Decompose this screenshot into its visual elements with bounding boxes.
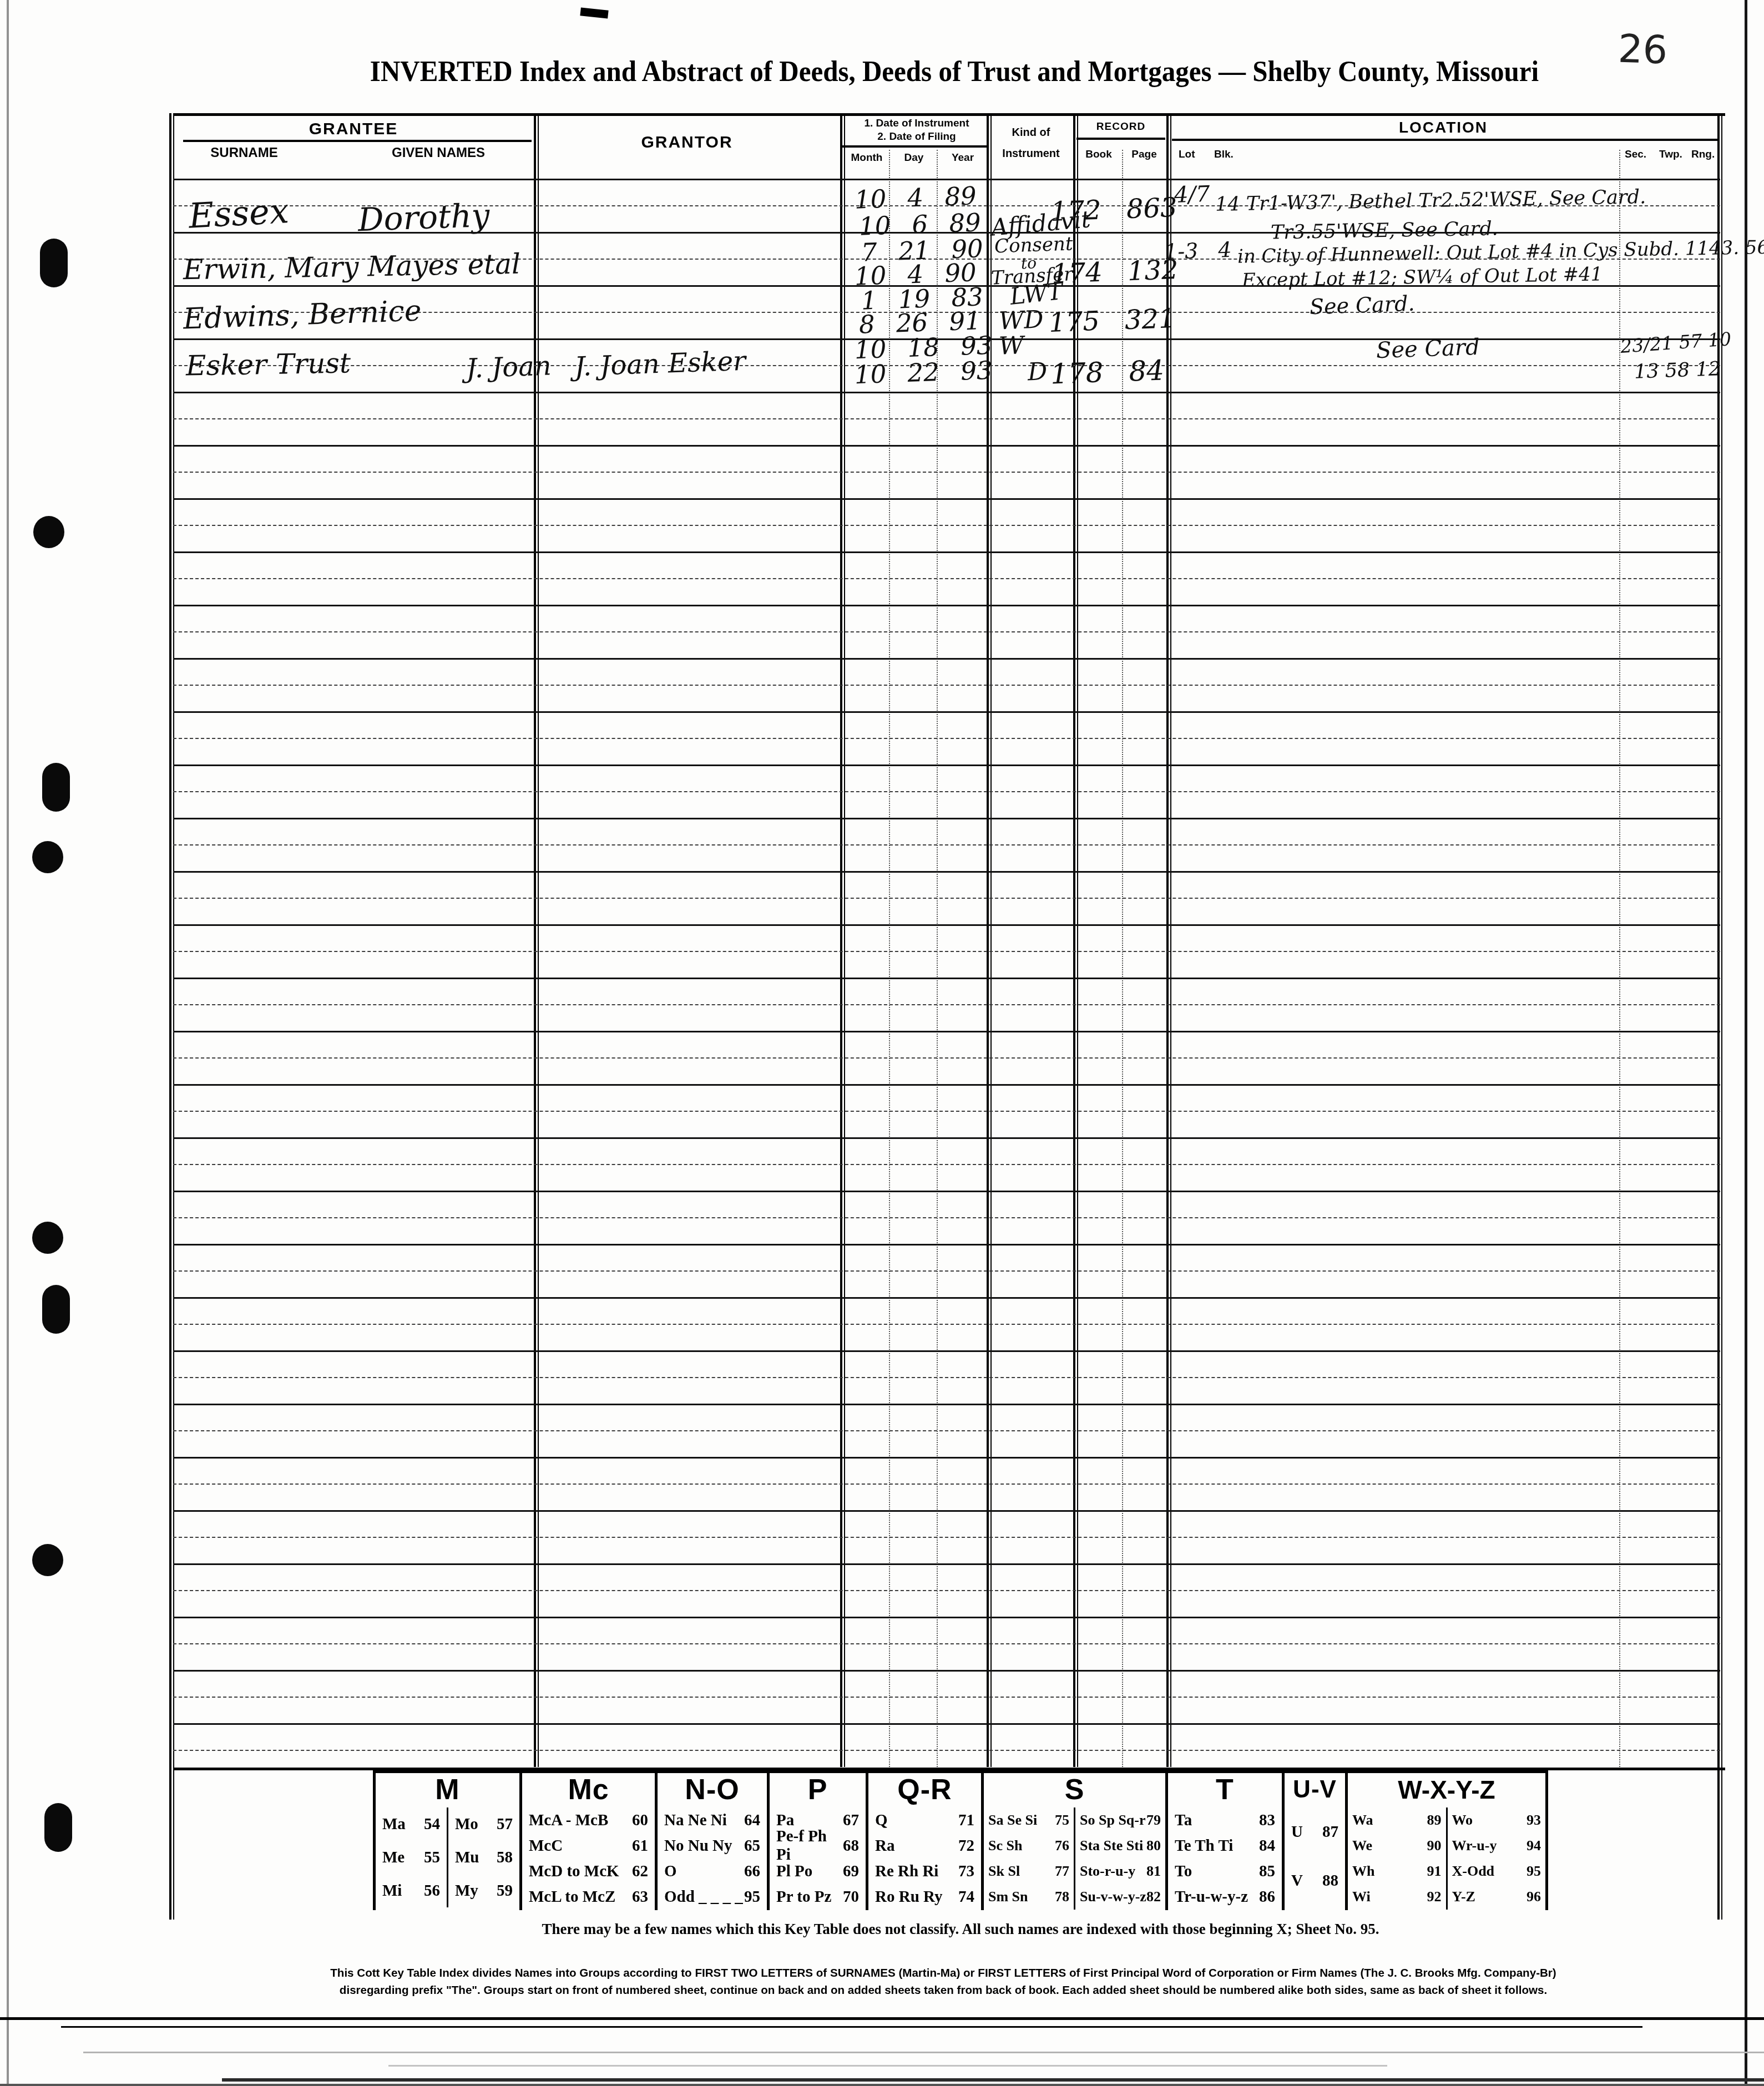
key-row-label: Ra <box>875 1837 894 1855</box>
grid-line <box>173 1377 1720 1378</box>
grid-left-border <box>169 113 174 1920</box>
key-row-page: 93 <box>1527 1812 1541 1829</box>
entry-given-names: Dorothy <box>357 196 491 239</box>
key-row-label: McL to McZ <box>529 1888 615 1906</box>
key-row: Mi56 <box>376 1874 447 1907</box>
key-subcolumn: Wa89We90Wh91Wi92 <box>1348 1807 1446 1910</box>
key-row-label: O <box>664 1862 677 1881</box>
grid-line <box>173 871 1720 873</box>
key-row-label: Wo <box>1452 1812 1473 1829</box>
key-row: Na Ne Ni64 <box>658 1807 767 1833</box>
grid-line <box>173 1244 1720 1245</box>
grid-line <box>173 1484 1720 1485</box>
grid-line <box>173 685 1720 686</box>
footer-line1: This Cott Key Table Index divides Names … <box>236 1967 1650 1980</box>
key-row-page: 68 <box>843 1837 859 1855</box>
header-rng: Rng. <box>1691 149 1715 161</box>
key-row-label: Na Ne Ni <box>664 1811 727 1830</box>
key-header: N-O <box>658 1773 767 1807</box>
key-column-u-v: U-V U87V88 <box>1282 1773 1345 1910</box>
key-header: Q-R <box>868 1773 981 1807</box>
key-row: Me55 <box>376 1841 447 1874</box>
bottom-rule-1 <box>0 2017 1764 2020</box>
key-row-page: 79 <box>1146 1812 1161 1829</box>
grid-line <box>173 1350 1720 1352</box>
key-row-label: My <box>455 1882 478 1900</box>
key-row: Sa Se Si75 <box>984 1807 1074 1833</box>
key-row: U87 <box>1285 1807 1345 1856</box>
key-row-label: Pr to Pz <box>776 1888 831 1906</box>
grid-line <box>173 498 1720 500</box>
key-row-page: 77 <box>1055 1863 1069 1880</box>
key-row-label: Me <box>382 1849 405 1867</box>
grid-line <box>173 951 1720 952</box>
key-header: S <box>984 1773 1165 1807</box>
entry-location-line2: Except Lot #12; SW¼ of Out Lot #41 <box>1242 263 1603 291</box>
key-row-label: To <box>1175 1862 1192 1881</box>
key-row-label: Sk Sl <box>988 1863 1020 1880</box>
key-subcolumn: Sa Se Si75Sc Sh76Sk Sl77Sm Sn78 <box>984 1807 1074 1910</box>
bottom-edge-band <box>222 2078 1764 2082</box>
key-row-page: 60 <box>632 1811 648 1830</box>
key-subcolumn: Wo93Wr-u-y94X-Odd95Y-Z96 <box>1446 1807 1546 1910</box>
entry-kind-line1: W <box>998 331 1024 361</box>
entry-surname: Erwin, Mary Mayes etal <box>183 248 521 286</box>
key-row-page: 82 <box>1146 1888 1161 1905</box>
key-row-page: 83 <box>1259 1811 1275 1830</box>
key-row-page: 89 <box>1427 1812 1442 1829</box>
scan-smudge-1 <box>83 2052 1764 2053</box>
left-page-edge <box>7 0 9 2086</box>
key-row: Mo57 <box>448 1807 519 1841</box>
grid-line <box>173 1617 1720 1618</box>
header-date-filing: 2. Date of Filing <box>843 131 990 143</box>
date-underline <box>842 145 988 148</box>
grid-line <box>173 551 1720 553</box>
grid-line <box>173 1217 1720 1218</box>
key-row: Mu58 <box>448 1841 519 1874</box>
key-row-page: 75 <box>1055 1812 1069 1829</box>
key-header: M <box>376 1773 519 1807</box>
key-row-page: 88 <box>1322 1872 1338 1890</box>
key-table-note: There may be a few names which this Key … <box>373 1921 1548 1938</box>
grid-line <box>173 1590 1720 1591</box>
right-page-edge <box>1745 0 1747 2086</box>
page-title: INVERTED Index and Abstract of Deeds, De… <box>327 54 1581 89</box>
grid-line <box>173 738 1720 739</box>
key-row-page: 71 <box>958 1811 974 1830</box>
key-row: Wi92 <box>1348 1884 1446 1910</box>
grid-line <box>173 711 1720 713</box>
key-row-label: Sc Sh <box>988 1837 1022 1854</box>
grid-line <box>173 1270 1720 1272</box>
key-row: McA - McB60 <box>522 1807 655 1833</box>
header-record: RECORD <box>1075 121 1166 133</box>
entry-record: 175 321 <box>1048 303 1176 338</box>
key-row: McC61 <box>522 1833 655 1859</box>
grid-line <box>173 525 1720 526</box>
key-row: Te Th Ti84 <box>1168 1833 1282 1859</box>
key-row-page: 78 <box>1055 1888 1069 1905</box>
key-row-page: 58 <box>497 1849 513 1867</box>
key-row-label: Odd _ _ _ _ <box>664 1888 743 1906</box>
header-kind-line1: Kind of <box>989 126 1073 139</box>
page-number: 26 <box>1618 26 1669 73</box>
entry-surname: Edwins, Bernice <box>183 295 422 336</box>
key-row-page: 74 <box>958 1888 974 1906</box>
entry-lot: 1-3 4 <box>1164 237 1232 264</box>
key-row-label: Wi <box>1352 1888 1371 1905</box>
bottom-edge-line <box>0 2084 1764 2086</box>
key-row-page: 59 <box>497 1882 513 1900</box>
key-row-label: No Nu Ny <box>664 1837 732 1855</box>
entry-location-line1: See Card <box>1376 335 1480 363</box>
entry-lot: 4/7 <box>1174 181 1210 208</box>
key-row: Odd _ _ _ _95 <box>658 1884 767 1910</box>
key-row-page: 92 <box>1427 1888 1442 1905</box>
key-row-label: Sta Ste Sti <box>1080 1837 1143 1854</box>
key-row-label: Wr-u-y <box>1452 1837 1497 1854</box>
key-row: Sto-r-u-y81 <box>1075 1859 1165 1884</box>
key-row-label: U <box>1291 1823 1303 1841</box>
header-date-instrument: 1. Date of Instrument <box>843 118 990 130</box>
key-subcolumn: So Sp Sq-r79Sta Ste Sti80Sto-r-u-y81Su-v… <box>1074 1807 1165 1910</box>
key-row-page: 66 <box>744 1862 760 1881</box>
key-row-label: Pl Po <box>776 1862 812 1881</box>
grid-line <box>173 631 1720 632</box>
key-row-label: Y-Z <box>1452 1888 1475 1905</box>
grid-line <box>173 578 1720 579</box>
key-row-page: 95 <box>1527 1863 1541 1880</box>
grid-line <box>173 1004 1720 1005</box>
header-surname: SURNAME <box>189 145 300 161</box>
grid-line <box>173 1404 1720 1405</box>
key-row-label: Ro Ru Ry <box>875 1888 942 1906</box>
grid-line <box>173 1563 1720 1565</box>
key-row-page: 91 <box>1427 1863 1442 1880</box>
key-row-label: Wa <box>1352 1812 1373 1829</box>
grid-line <box>173 1031 1720 1032</box>
key-row-label: Ma <box>382 1815 406 1834</box>
key-column-s: S Sa Se Si75Sc Sh76Sk Sl77Sm Sn78So Sp S… <box>981 1773 1165 1910</box>
grid-line <box>173 1191 1720 1192</box>
grid-line <box>173 418 1720 419</box>
key-header: Mc <box>522 1773 655 1807</box>
grid-line <box>173 898 1720 899</box>
key-row-page: 81 <box>1146 1863 1161 1880</box>
entry-record: 172 863 <box>1050 192 1177 227</box>
key-row-page: 69 <box>843 1862 859 1881</box>
grid-line <box>173 1670 1720 1672</box>
key-row: Sk Sl77 <box>984 1859 1074 1884</box>
key-row-page: 65 <box>744 1837 760 1855</box>
key-column-n-o: N-O Na Ne Ni64No Nu Ny65O66Odd _ _ _ _95 <box>655 1773 767 1910</box>
key-row-page: 94 <box>1527 1837 1541 1854</box>
key-row-page: 56 <box>424 1882 440 1900</box>
key-row-page: 86 <box>1259 1888 1275 1906</box>
grid-line <box>173 1750 1720 1751</box>
grid-line <box>173 1643 1720 1644</box>
grid-line <box>173 392 1720 393</box>
key-row: We90 <box>1348 1833 1446 1859</box>
key-row: Ma54 <box>376 1807 447 1841</box>
header-book: Book <box>1075 149 1122 161</box>
punch-hole <box>32 1222 63 1254</box>
key-column-t: T Ta83Te Th Ti84To85Tr-u-w-y-z86 <box>1165 1773 1282 1910</box>
grid-line <box>173 764 1720 766</box>
footer-line2: disregarding prefix "The". Groups start … <box>236 1984 1650 1997</box>
entry-record: 178 84 <box>1050 354 1165 390</box>
key-row-label: V <box>1291 1872 1303 1890</box>
header-year: Year <box>938 152 988 164</box>
key-row: Wh91 <box>1348 1859 1446 1884</box>
grid-line <box>173 472 1720 473</box>
grid-line <box>173 1723 1720 1725</box>
grid-line <box>173 605 1720 606</box>
key-row-label: Sa Se Si <box>988 1812 1037 1829</box>
key-row-label: We <box>1352 1837 1372 1854</box>
key-row-page: 90 <box>1427 1837 1442 1854</box>
entry-given-names: J. Joan <box>466 350 552 384</box>
key-row: Sc Sh76 <box>984 1833 1074 1859</box>
key-row-page: 67 <box>843 1811 859 1830</box>
key-row: To85 <box>1168 1859 1282 1884</box>
key-row: Ro Ru Ry74 <box>868 1884 981 1910</box>
key-row-page: 62 <box>632 1862 648 1881</box>
ledger-sheet: INVERTED Index and Abstract of Deeds, De… <box>0 0 1764 2086</box>
key-row-label: Wh <box>1352 1863 1374 1880</box>
key-row-page: 64 <box>744 1811 760 1830</box>
grid-line <box>173 1057 1720 1059</box>
header-day: Day <box>892 152 936 164</box>
grid-line <box>173 1510 1720 1512</box>
key-row: Ta83 <box>1168 1807 1282 1833</box>
key-row: Wa89 <box>1348 1807 1446 1833</box>
key-row-page: 61 <box>632 1837 648 1855</box>
key-column-mc: Mc McA - McB60McC61McD to McK62McL to Mc… <box>519 1773 655 1910</box>
entry-kind-line2: D <box>1027 357 1048 386</box>
key-row: Wr-u-y94 <box>1448 1833 1546 1859</box>
header-kind-line2: Instrument <box>989 148 1073 160</box>
scan-smudge-2 <box>388 2065 1387 2067</box>
grid-line <box>173 1457 1720 1459</box>
key-column-q-r: Q-R Q71Ra72Re Rh Ri73Ro Ru Ry74 <box>866 1773 981 1910</box>
entry-kind-line2: WD <box>998 306 1044 336</box>
key-row-label: McC <box>529 1837 563 1855</box>
grid-line <box>173 1324 1720 1325</box>
grid-line <box>173 1430 1720 1431</box>
grid-line <box>173 445 1720 447</box>
key-row-label: Sto-r-u-y <box>1080 1863 1135 1880</box>
location-underline <box>1172 139 1719 141</box>
key-header: P <box>770 1773 866 1807</box>
entry-location-line1: 14 Tr1-W37', Bethel Tr2.52'WSE, See Card… <box>1215 186 1646 216</box>
entry-record: 174 132 <box>1051 254 1179 290</box>
key-row-label: Te Th Ti <box>1175 1837 1233 1855</box>
bottom-rule-2 <box>61 2026 1642 2028</box>
key-header: T <box>1168 1773 1282 1807</box>
key-row-page: 95 <box>744 1888 760 1906</box>
key-column-w-x-y-z: W-X-Y-Z Wa89We90Wh91Wi92Wo93Wr-u-y94X-Od… <box>1345 1773 1548 1910</box>
key-header: W-X-Y-Z <box>1348 1773 1545 1807</box>
entry-location-line1: See Card. <box>1309 291 1415 320</box>
key-row-label: Sm Sn <box>988 1888 1028 1905</box>
key-row-label: Ta <box>1175 1811 1192 1830</box>
grid-right-border <box>1717 113 1722 1920</box>
grid-line <box>173 1537 1720 1538</box>
key-row-page: 72 <box>958 1837 974 1855</box>
grid-line <box>173 791 1720 792</box>
key-row-page: 63 <box>632 1888 648 1906</box>
key-row: Y-Z96 <box>1448 1884 1546 1910</box>
key-row-page: 87 <box>1322 1823 1338 1841</box>
header-blk: Blk. <box>1214 149 1234 161</box>
entry-surname: Essex <box>188 190 290 236</box>
key-row: Pe-f Ph Pi68 <box>770 1833 866 1859</box>
grid-line <box>173 978 1720 979</box>
key-row: Q71 <box>868 1807 981 1833</box>
key-row-label: X-Odd <box>1452 1863 1495 1880</box>
key-row: So Sp Sq-r79 <box>1075 1807 1165 1833</box>
header-lot: Lot <box>1179 149 1195 161</box>
key-row-page: 84 <box>1259 1837 1275 1855</box>
header-month: Month <box>843 152 890 164</box>
key-row-page: 55 <box>424 1849 440 1867</box>
key-row-label: Mi <box>382 1882 402 1900</box>
header-location: LOCATION <box>1169 119 1718 136</box>
grantee-underline <box>183 140 532 142</box>
grid-line <box>173 658 1720 660</box>
key-row: X-Odd95 <box>1448 1859 1546 1884</box>
key-header: U-V <box>1285 1773 1345 1807</box>
header-page: Page <box>1122 149 1166 161</box>
key-row-label: So Sp Sq-r <box>1080 1812 1146 1829</box>
key-row: Su-v-w-y-z82 <box>1075 1884 1165 1910</box>
key-row-label: Mo <box>455 1815 478 1834</box>
punch-slot <box>40 239 68 287</box>
key-row-label: McA - McB <box>529 1811 608 1830</box>
punch-hole <box>32 1544 63 1576</box>
header-sec: Sec. <box>1625 149 1646 161</box>
key-row-label: Q <box>875 1811 888 1830</box>
key-row-label: Mu <box>455 1849 479 1867</box>
top-edge-mark <box>580 7 608 18</box>
header-twp: Twp. <box>1659 149 1682 161</box>
key-row: V88 <box>1285 1856 1345 1905</box>
key-row: Wo93 <box>1448 1807 1546 1833</box>
key-column-m: M Ma54Me55Mi56Mo57Mu58My59 <box>373 1773 519 1910</box>
entry-grantor: J. Joan Esker <box>574 346 746 383</box>
key-row: Ra72 <box>868 1833 981 1859</box>
key-row-page: 85 <box>1259 1862 1275 1881</box>
key-row: My59 <box>448 1874 519 1907</box>
key-row-label: Re Rh Ri <box>875 1862 938 1881</box>
key-row: Sm Sn78 <box>984 1884 1074 1910</box>
record-underline <box>1076 138 1165 140</box>
entry-sec-twp-rng-line1: 23/21 57 10 <box>1620 328 1732 357</box>
key-column-p: P Pa67Pe-f Ph Pi68Pl Po69Pr to Pz70 <box>767 1773 866 1910</box>
key-row: No Nu Ny65 <box>658 1833 767 1859</box>
grid-line <box>173 1084 1720 1086</box>
punch-hole <box>32 841 63 873</box>
entry-date-filing: 10 22 93 <box>854 356 993 390</box>
key-subcolumn: Mo57Mu58My59 <box>447 1807 519 1907</box>
punch-slot <box>42 1285 70 1334</box>
col-divider-record-location <box>1166 113 1171 1767</box>
key-row-label: Su-v-w-y-z <box>1080 1888 1146 1905</box>
key-row-page: 96 <box>1527 1888 1541 1905</box>
header-grantee: GRANTEE <box>173 120 534 139</box>
grid-line <box>173 818 1720 819</box>
entry-sec-twp-rng-line2: 13 58 12 <box>1634 358 1721 383</box>
key-row-page: 80 <box>1146 1837 1161 1854</box>
entry-surname: Esker Trust <box>186 347 351 382</box>
key-row-page: 76 <box>1055 1837 1069 1854</box>
entry-location-line2: Tr3.55'WSE, See Card. <box>1271 217 1498 244</box>
grid-line <box>173 1697 1720 1698</box>
key-row: Pr to Pz70 <box>770 1884 866 1910</box>
key-row-label: Pe-f Ph Pi <box>776 1827 843 1864</box>
key-row-page: 54 <box>424 1815 440 1834</box>
grid-line <box>173 1137 1720 1139</box>
grid-line <box>173 1111 1720 1112</box>
key-row-page: 70 <box>843 1888 859 1906</box>
grid-line <box>173 924 1720 926</box>
key-row-label: McD to McK <box>529 1862 619 1881</box>
punch-hole <box>33 516 64 548</box>
key-row: McL to McZ63 <box>522 1884 655 1910</box>
grid-line <box>173 1164 1720 1165</box>
key-row-label: Pa <box>776 1811 794 1830</box>
col-divider-grantor-date <box>840 113 845 1767</box>
key-row: Sta Ste Sti80 <box>1075 1833 1165 1859</box>
grid-line <box>173 1297 1720 1299</box>
key-row: O66 <box>658 1859 767 1884</box>
grid-line <box>173 844 1720 845</box>
key-subcolumn: Ma54Me55Mi56 <box>376 1807 447 1907</box>
key-row-label: Tr-u-w-y-z <box>1175 1888 1248 1906</box>
key-row: McD to McK62 <box>522 1859 655 1884</box>
key-row-page: 73 <box>958 1862 974 1881</box>
grid-top-border <box>173 113 1725 116</box>
header-grantor: GRANTOR <box>534 133 840 152</box>
punch-slot <box>42 763 70 812</box>
punch-slot <box>44 1803 72 1852</box>
header-given-names: GIVEN NAMES <box>366 145 511 161</box>
key-row: Tr-u-w-y-z86 <box>1168 1884 1282 1910</box>
grid-line <box>173 179 1720 180</box>
key-row: Re Rh Ri73 <box>868 1859 981 1884</box>
key-row-page: 57 <box>497 1815 513 1834</box>
